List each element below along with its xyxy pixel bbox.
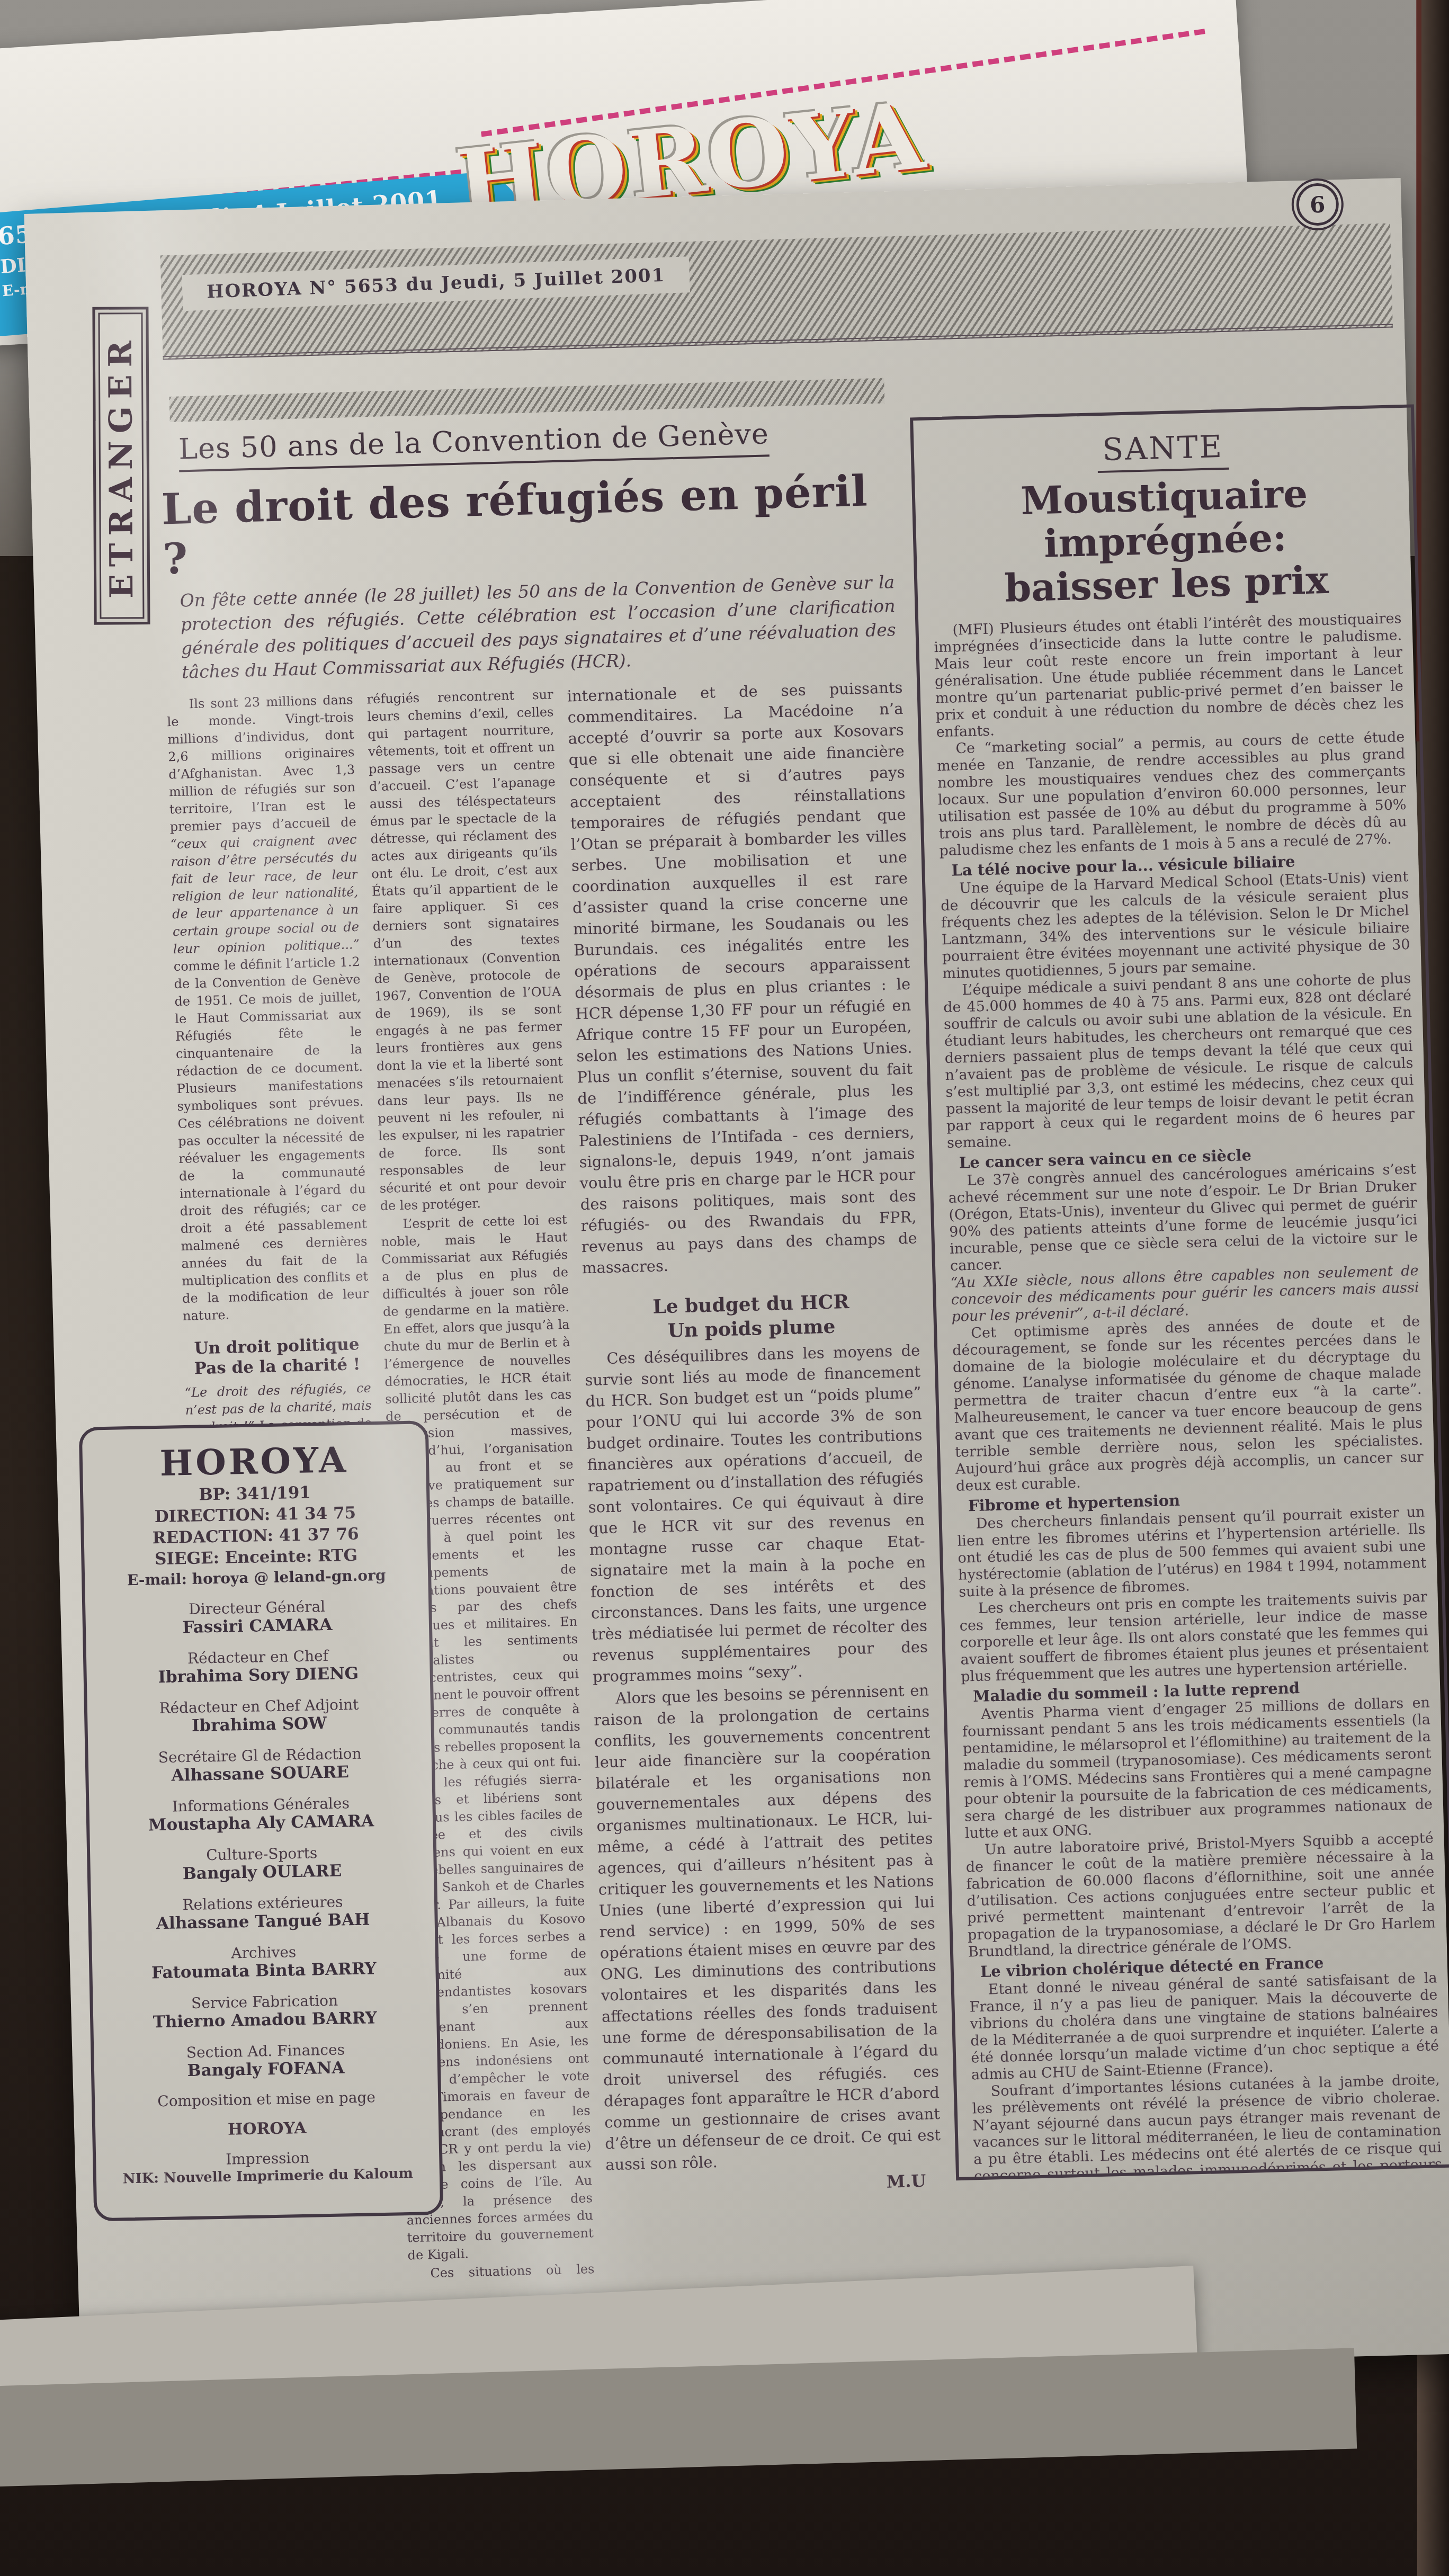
paragraph: réfugiés rencontrent sur leurs chemins d…: [366, 686, 567, 1215]
staff-entry: ArchivesFatoumata Binta BARRY: [102, 1940, 426, 1983]
subhead-line: Pas de la charité !: [184, 1354, 371, 1379]
text-run: Ils sont 23 millions dans le monde. Ving…: [167, 692, 356, 834]
author-signature: M.U: [606, 2170, 942, 2200]
column-subhead: Un droit politique Pas de la charité !: [183, 1334, 371, 1379]
paragraph: L’équipe médicale a suivi pendant 8 ans …: [943, 970, 1415, 1152]
staff-entry: Service FabricationThierno Amadou BARRY: [102, 1990, 427, 2033]
paragraph: Cet optimisme après des années de doute …: [952, 1313, 1424, 1495]
newspaper-page: HOROYA N° 5653 du Jeudi, 5 Juillet 2001 …: [24, 178, 1449, 2390]
paragraph: internationale et de ses puissants comme…: [567, 677, 918, 1278]
paragraph: Une équipe de la Harvard Medical School …: [940, 869, 1411, 982]
text-run-italic: “ceux qui craignent avec raison d’être p…: [170, 832, 360, 956]
staff-box-title: HOROYA: [92, 1438, 416, 1486]
sante-kicker-label: SANTE: [1097, 428, 1229, 473]
hatch-band-article: [169, 378, 885, 422]
paragraph: Le 37è congrès annuel des cancérologues …: [947, 1161, 1418, 1275]
email-line: E-mail: horoya @ leland-gn.org: [94, 1566, 419, 1590]
article-column-3: internationale et de ses puissants comme…: [567, 677, 944, 2274]
section-banner-etranger: ETRANGER: [92, 307, 150, 625]
paragraph: Les chercheurs ont pris en compte les tr…: [959, 1589, 1429, 1686]
article-kicker: Les 50 ans de la Convention de Genève: [178, 417, 770, 472]
paragraph: Ils sont 23 millions dans le monde. Ving…: [166, 691, 369, 1325]
sante-headline-line: Moustiquaire imprégnée:: [929, 469, 1400, 568]
page-number: 6: [1310, 191, 1326, 218]
paragraph: Un autre laboratoire privé, Bristol-Myer…: [965, 1830, 1437, 1961]
paragraph: Ces déséquilibres dans les moyens de sur…: [584, 1339, 929, 1687]
staff-entry: Rédacteur en Chef AdjointIbrahima SOW: [97, 1695, 422, 1738]
siege-line: SIEGE: Enceinte: RTG: [94, 1545, 418, 1570]
staff-entry: Culture-SportsBangaly OULARE: [100, 1842, 424, 1885]
address-line: BP: 341/191: [93, 1481, 417, 1507]
staff-box: HOROYA BP: 341/191 DIRECTION: 41 34 75 R…: [79, 1420, 444, 2221]
column-1-text: Ils sont 23 millions dans le monde. Ving…: [166, 691, 374, 1514]
article-intro: On fête cette année (le 28 juillet) les …: [180, 570, 897, 684]
paragraph: Etant donné le niveau général de santé s…: [969, 1970, 1439, 2083]
paragraph: Des chercheurs finlandais pensent qu’il …: [956, 1504, 1427, 1601]
composition-value: HOROYA: [105, 2116, 430, 2141]
staff-entry: Secrétaire Gl de RédactionAlhassane SOUA…: [97, 1744, 422, 1787]
article-headline: Le droit des réfugiés en péril ?: [161, 465, 899, 584]
section-banner-label: ETRANGER: [102, 333, 141, 598]
sante-kicker: SANTE: [928, 424, 1397, 472]
paragraph: Soufrant d’importantes lésions cutanées …: [971, 2071, 1443, 2180]
sante-headline: Moustiquaire imprégnée: baisser les prix: [929, 469, 1401, 612]
staff-entry: Relations extérieuresAlhassane Tangué BA…: [101, 1891, 425, 1934]
phone-direction: DIRECTION: 41 34 75: [93, 1502, 418, 1528]
text-run: comme le définit l’article 1.2 de la Con…: [173, 954, 369, 1323]
composition-label: Composition et mise en page: [104, 2087, 429, 2111]
staff-entry: Directeur GénéralFassiri CAMARA: [95, 1596, 419, 1639]
paragraph: (MFI) Plusieurs études ont établi l’inté…: [933, 610, 1405, 741]
paragraph: Ce “marketing social” a permis, au cours…: [936, 729, 1408, 860]
staff-entry: Rédacteur en ChefIbrahima Sory DIENG: [96, 1645, 421, 1688]
page-number-badge: 6: [1296, 183, 1339, 226]
paragraph: Aventis Pharma vient d’engager 25 millio…: [962, 1695, 1433, 1842]
sante-article: SANTE Moustiquaire imprégnée: baisser le…: [910, 404, 1449, 2180]
phone-redaction: REDACTION: 41 37 76: [93, 1524, 418, 1549]
paragraph: Ces situations où les réfugiés sont pris…: [408, 2260, 602, 2284]
text-run: Soufrant d’importantes lésions cutanées …: [972, 2071, 1443, 2180]
staff-entry: Section Ad. FinancesBangaly FOFANA: [103, 2039, 428, 2082]
staff-entry: Informations GénéralesMoustapha Aly CAMA…: [99, 1793, 423, 1836]
column-subhead: Le budget du HCR Un poids plume: [583, 1288, 919, 1346]
paragraph: Alors que les besoins se pérennisent en …: [593, 1679, 942, 2175]
composition-name: HOROYA: [228, 2119, 307, 2139]
